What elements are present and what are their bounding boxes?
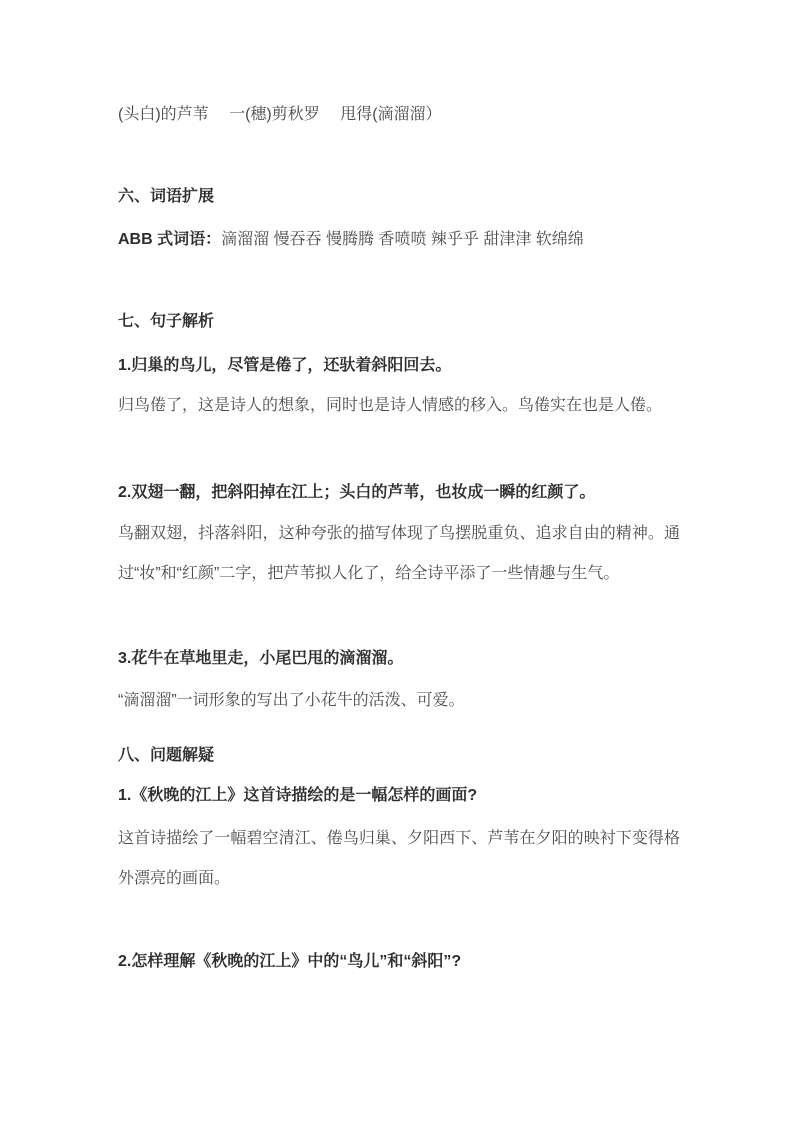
sentence-3-title: 3.花牛在草地里走，小尾巴甩的滴溜溜。: [118, 639, 680, 679]
question-1-title: 1.《秋晚的江上》这首诗描绘的是一幅怎样的画面?: [118, 776, 680, 816]
abb-words-line: ABB 式词语：滴溜溜 慢吞吞 慢腾腾 香喷喷 辣乎乎 甜津津 软绵绵: [118, 220, 680, 260]
abb-words-label: ABB 式词语：: [118, 231, 221, 248]
sentence-2-analysis: 鸟翻双翅，抖落斜阳，这种夸张的描写体现了鸟摆脱重负、追求自由的精神。通过“妆”和…: [118, 514, 680, 594]
question-1-answer: 这首诗描绘了一幅碧空清江、倦鸟归巢、夕阳西下、芦苇在夕阳的映衬下变得格外漂亮的画…: [118, 819, 680, 899]
sentence-1-analysis: 归鸟倦了，这是诗人的想象，同时也是诗人情感的移入。鸟倦实在也是人倦。: [118, 386, 680, 426]
section-heading-question-answers: 八、问题解疑: [118, 736, 680, 776]
document-page: (头白)的芦苇 一(穗)剪秋罗 甩得(滴溜溜） 六、词语扩展 ABB 式词语：滴…: [0, 0, 793, 982]
sentence-1-title: 1.归巢的鸟儿，尽管是倦了，还驮着斜阳回去。: [118, 346, 680, 386]
fill-in-blanks-line: (头白)的芦苇 一(穗)剪秋罗 甩得(滴溜溜）: [118, 95, 680, 135]
sentence-3-analysis: “滴溜溜”一词形象的写出了小花牛的活泼、可爱。: [118, 681, 680, 721]
section-heading-sentence-analysis: 七、句子解析: [118, 302, 680, 342]
sentence-2-title: 2.双翅一翻，把斜阳掉在江上；头白的芦苇，也妆成一瞬的红颜了。: [118, 473, 680, 513]
abb-words-items: 滴溜溜 慢吞吞 慢腾腾 香喷喷 辣乎乎 甜津津 软绵绵: [221, 231, 584, 248]
section-heading-word-expansion: 六、词语扩展: [118, 177, 680, 217]
question-2-title: 2.怎样理解《秋晚的江上》中的“鸟儿”和“斜阳”?: [118, 942, 680, 982]
